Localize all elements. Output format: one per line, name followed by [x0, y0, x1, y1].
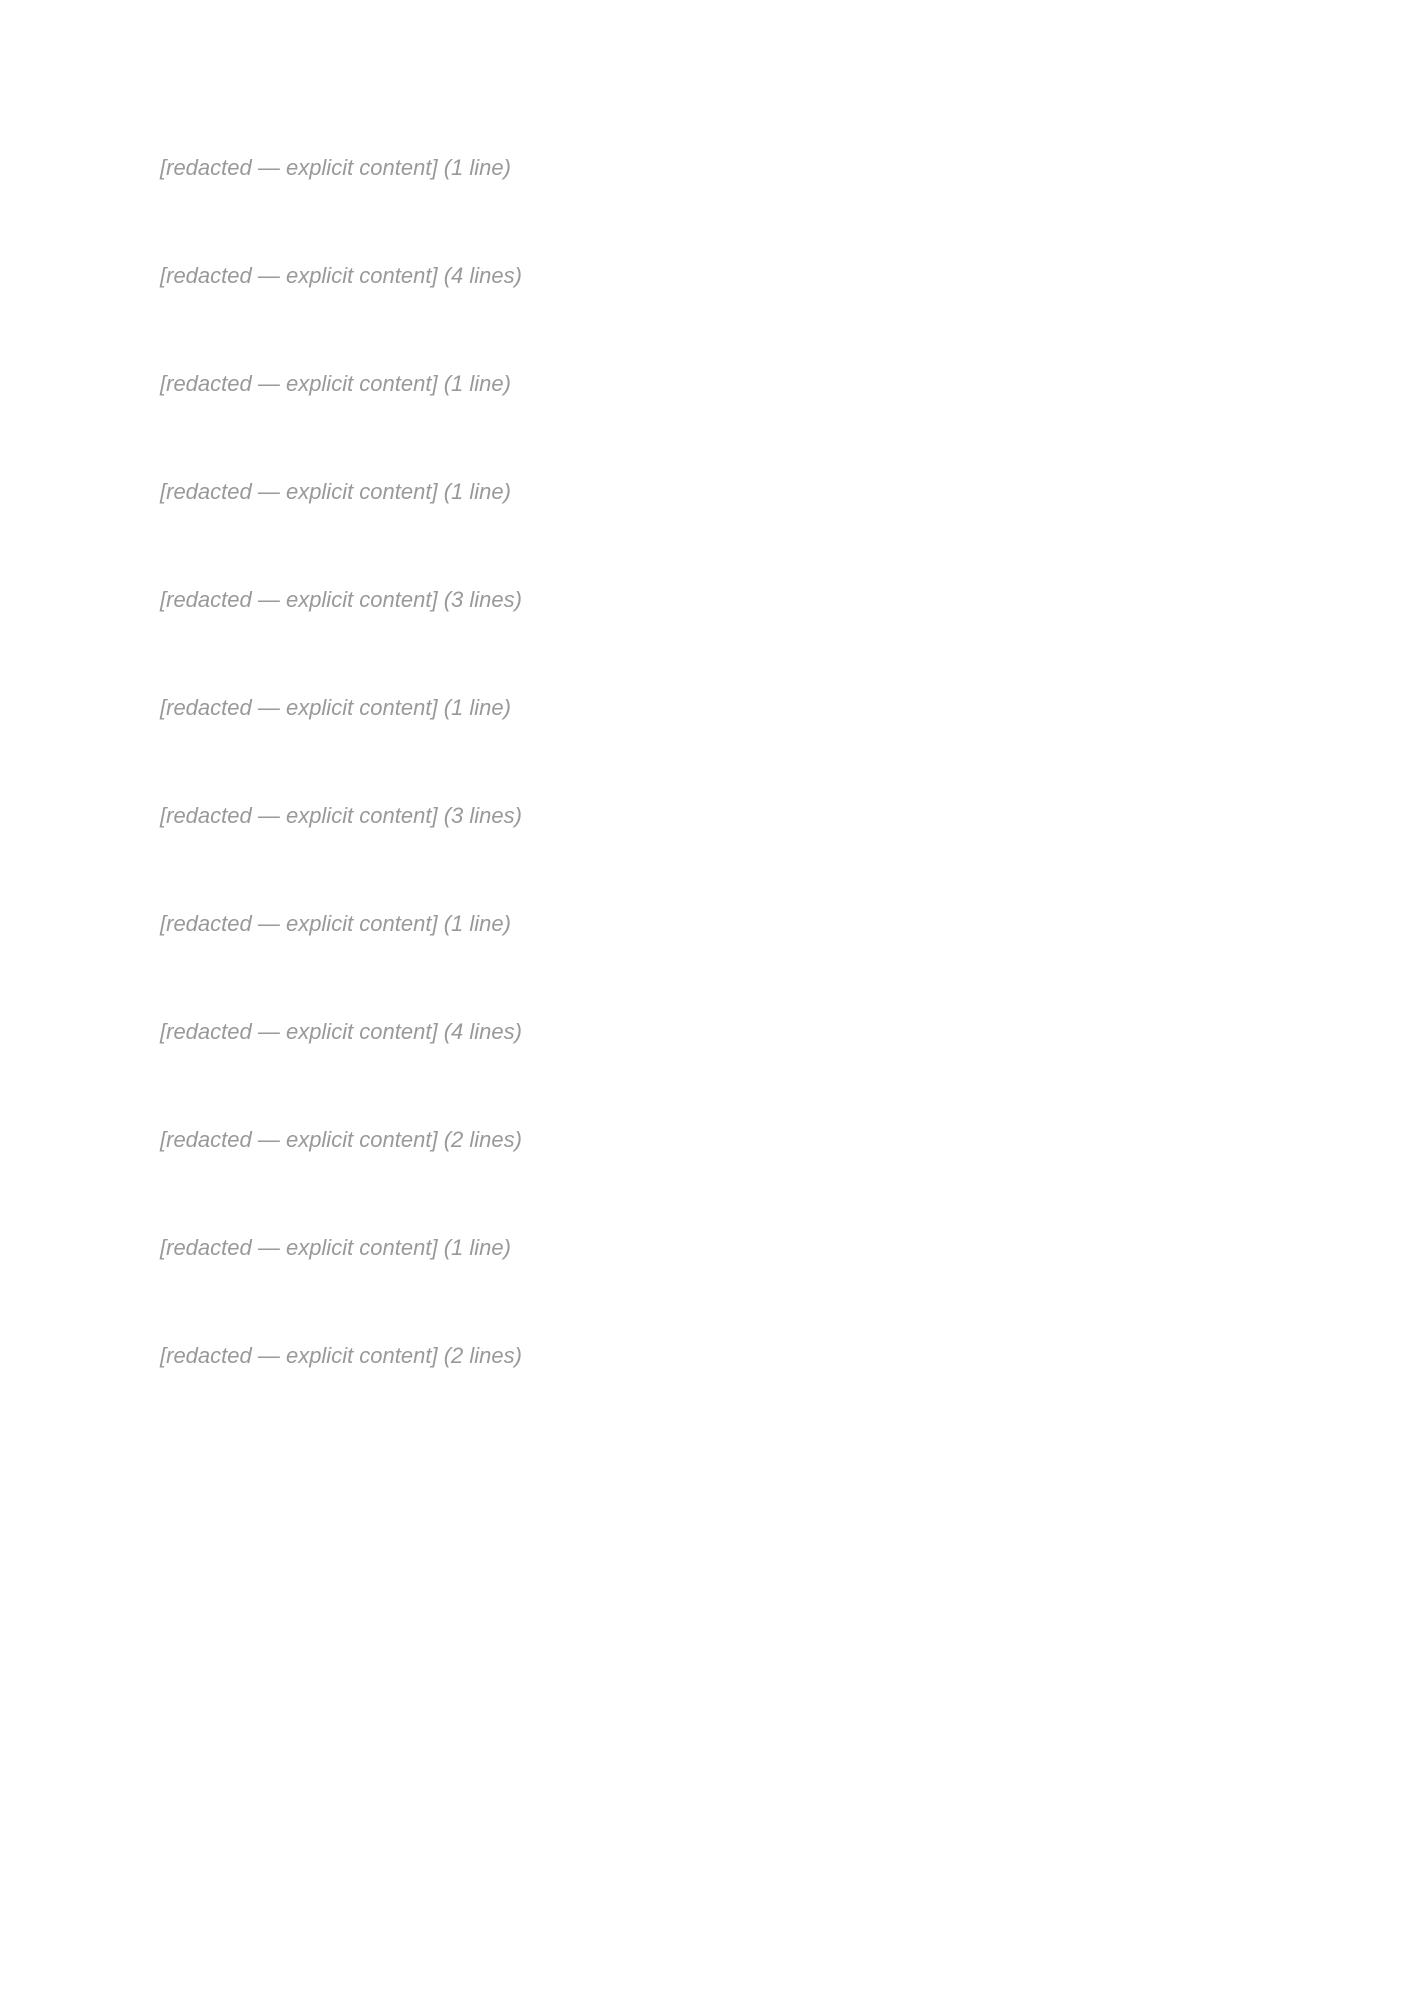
paragraph-narration: [redacted — explicit content] (1 line): [160, 680, 1255, 734]
paragraph-narration: [redacted — explicit content] (3 lines): [160, 788, 1255, 842]
redacted-text: [redacted — explicit content] (1 line): [160, 371, 511, 396]
redacted-text: [redacted — explicit content] (4 lines): [160, 263, 522, 288]
paragraph-narration: [redacted — explicit content] (1 line): [160, 356, 1255, 410]
paragraph-parenthetical: [redacted — explicit content] (2 lines): [160, 1112, 1255, 1166]
redacted-text: [redacted — explicit content] (1 line): [160, 911, 511, 936]
paragraph-narration: [redacted — explicit content] (4 lines): [160, 1004, 1255, 1058]
redacted-text: [redacted — explicit content] (1 line): [160, 695, 511, 720]
redacted-text: [redacted — explicit content] (1 line): [160, 479, 511, 504]
paragraph-dialogue: [redacted — explicit content] (1 line): [160, 464, 1255, 518]
paragraph-dialogue: [redacted — explicit content] (1 line): [160, 140, 1255, 194]
redacted-text: [redacted — explicit content] (2 lines): [160, 1127, 522, 1152]
redacted-text: [redacted — explicit content] (1 line): [160, 155, 511, 180]
redacted-text: [redacted — explicit content] (4 lines): [160, 1019, 522, 1044]
paragraph-list: [redacted — explicit content] (1 line)[r…: [160, 140, 1255, 1382]
redacted-text: [redacted — explicit content] (3 lines): [160, 587, 522, 612]
redacted-text: [redacted — explicit content] (1 line): [160, 1235, 511, 1260]
paragraph-narration: [redacted — explicit content] (1 line): [160, 1220, 1255, 1274]
document-page: [redacted — explicit content] (1 line)[r…: [0, 0, 1415, 2000]
paragraph-narration: [redacted — explicit content] (4 lines): [160, 248, 1255, 302]
redacted-text: [redacted — explicit content] (2 lines): [160, 1343, 522, 1368]
redacted-text: [redacted — explicit content] (3 lines): [160, 803, 522, 828]
paragraph-narration: [redacted — explicit content] (2 lines): [160, 1328, 1255, 1382]
paragraph-dialogue: [redacted — explicit content] (1 line): [160, 896, 1255, 950]
paragraph-narration: [redacted — explicit content] (3 lines): [160, 572, 1255, 626]
